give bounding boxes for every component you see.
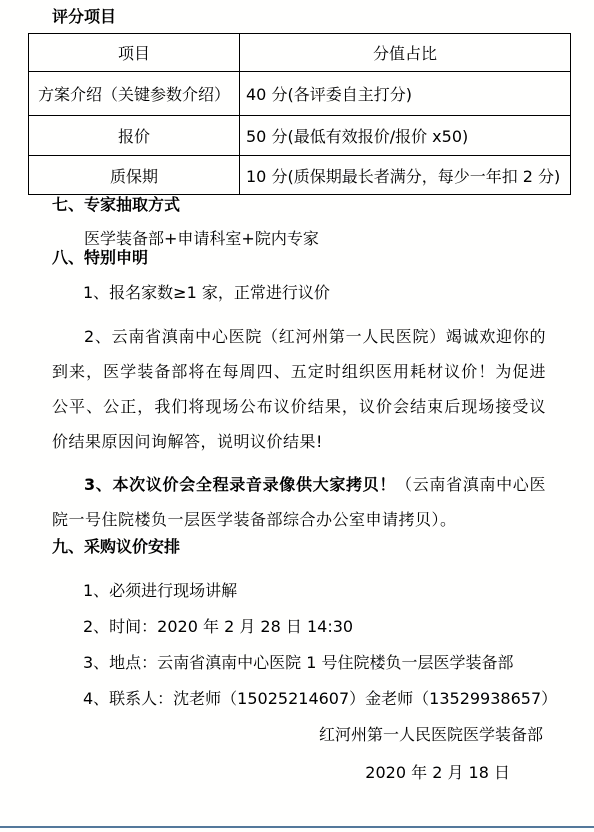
bottom-divider-line — [0, 826, 594, 828]
section9-item-3: 3、地点：云南省滇南中心医院 1 号住院楼负一层医学装备部 — [0, 645, 594, 681]
table-row: 报价 50 分(最低有效报价/报价 x50) — [29, 116, 571, 156]
signature-date: 2020 年 2 月 18 日 — [0, 764, 594, 782]
cell-ratio-quote: 50 分(最低有效报价/报价 x50) — [240, 116, 571, 156]
section7-heading-expert-selection: 七、专家抽取方式 — [0, 195, 594, 214]
cell-project-warranty: 质保期 — [29, 156, 240, 195]
section8-item-1: 1、报名家数≥1 家，正常进行议价 — [0, 283, 594, 303]
document-page: 评分项目 项目 分值占比 方案介绍（关键参数介绍） 40 分(各评委自主打分) … — [0, 0, 594, 832]
table-row: 质保期 10 分(质保期最长者满分，每少一年扣 2 分) — [29, 156, 571, 195]
column-header-score-ratio: 分值占比 — [240, 34, 571, 72]
section9-item-1: 1、必须进行现场讲解 — [0, 573, 594, 609]
scoring-table: 项目 分值占比 方案介绍（关键参数介绍） 40 分(各评委自主打分) 报价 50… — [28, 33, 571, 195]
section8-item-3-bold: 3、本次议价会全程录音录像供大家拷贝！ — [84, 475, 396, 494]
section9-heading-procurement-arrangement: 九、采购议价安排 — [0, 537, 594, 556]
cell-project-plan-intro: 方案介绍（关键参数介绍） — [29, 72, 240, 116]
cell-project-quote: 报价 — [29, 116, 240, 156]
cell-ratio-plan-intro: 40 分(各评委自主打分) — [240, 72, 571, 116]
column-header-project: 项目 — [29, 34, 240, 72]
signature-department: 红河州第一人民医院医学装备部 — [0, 725, 594, 744]
cell-ratio-warranty: 10 分(质保期最长者满分，每少一年扣 2 分) — [240, 156, 571, 195]
section8-heading-special-statement: 八、特别申明 — [0, 248, 594, 267]
section7-body: 医学装备部+申请科室+院内专家 — [0, 229, 594, 248]
section9-item-4: 4、联系人：沈老师（15025214607）金老师（13529938657） — [0, 681, 594, 717]
table-header-row: 项目 分值占比 — [29, 34, 571, 72]
table-row: 方案介绍（关键参数介绍） 40 分(各评委自主打分) — [29, 72, 571, 116]
section8-item-3: 3、本次议价会全程录音录像供大家拷贝！（云南省滇南中心医院一号住院楼负一层医学装… — [0, 467, 546, 537]
section8-item-2: 2、云南省滇南中心医院（红河州第一人民医院）竭诚欢迎你的到来，医学装备部将在每周… — [0, 319, 546, 459]
scoring-items-title: 评分项目 — [0, 0, 594, 27]
section9-item-2: 2、时间：2020 年 2 月 28 日 14:30 — [0, 609, 594, 645]
